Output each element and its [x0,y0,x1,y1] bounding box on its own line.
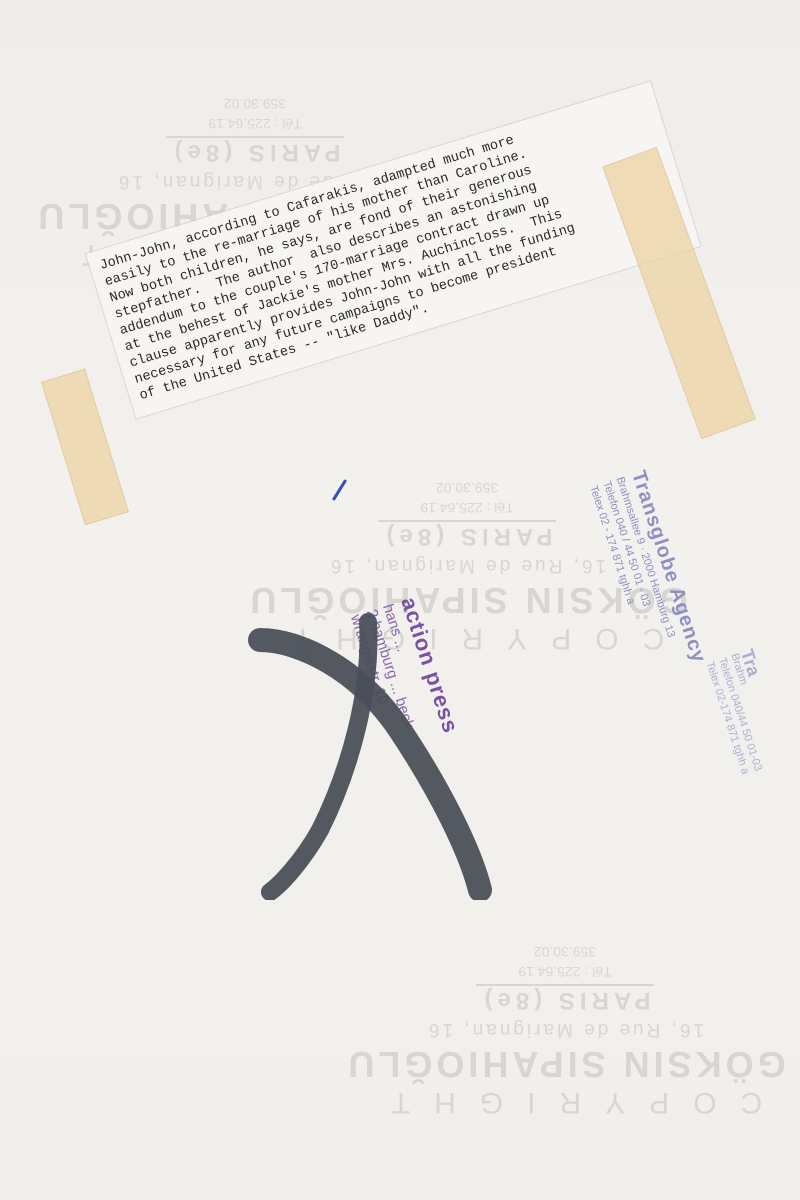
copyright-tel: Tél : 225.64.19 [20,116,490,132]
copyright-stamp-bottom: COPYRIGHT GÖKSIN SIPAHIOĞLU 16, Rue de M… [330,944,800,1120]
copyright-city: PARIS (8e) [476,984,655,1014]
transglobe-stamp-faint: Tra Brahm Telefon 040/44 50 01-03 Telex … [703,648,789,777]
tape-strip-left [41,369,129,526]
photo-back-sheet: COPYRIGHT GÖKSIN SIPAHIOĞLU 16, Rue de M… [0,0,800,1200]
copyright-street: 16, Rue de Marignan, 16 [330,1014,800,1044]
copyright-name: GÖKSIN SIPAHIOĞLU [330,1044,800,1084]
copyright-city: PARIS (8e) [378,520,557,550]
copyright-city: PARIS (8e) [166,136,345,166]
copyright-word: COPYRIGHT [330,1084,800,1120]
copyright-tel2: 359.30.02 [20,96,490,112]
copyright-tel: Tél : 225.64.19 [330,964,800,980]
copyright-tel2: 359.30.02 [330,944,800,960]
cross-out-x-mark [240,600,500,900]
